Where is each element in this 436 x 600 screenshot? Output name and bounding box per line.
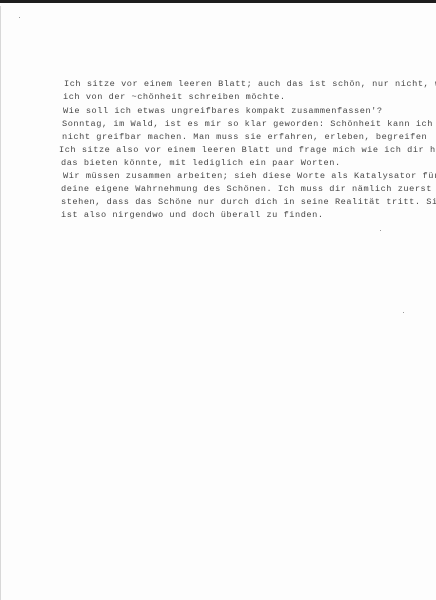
text-line-7: das bieten könnte, mit lediglich ein paa… — [61, 158, 341, 168]
text-line-9: deine eigene Wahrnehmung des Schönen. Ic… — [61, 184, 436, 194]
text-line-2: ich von der ~chönheit schreiben möchte. — [63, 92, 286, 102]
text-line-11: ist also nirgendwo und doch überall zu f… — [61, 210, 324, 220]
text-line-8: Wir müssen zusammen arbeiten; sieh diese… — [63, 171, 436, 181]
text-line-10: stehen, dass das Schöne nur durch dich i… — [61, 197, 436, 207]
paper-page: Ich sitze vor einem leeren Blatt; auch d… — [0, 3, 436, 600]
text-line-5: nicht greifbar machen. Man muss sie erfa… — [62, 132, 427, 142]
paper-speck — [380, 230, 381, 231]
text-line-3: Wie soll ich etwas ungreifbares kompakt … — [63, 106, 383, 116]
paper-speck — [19, 17, 20, 18]
text-line-1: Ich sitze vor einem leeren Blatt; auch d… — [64, 79, 436, 89]
page-left-edge — [0, 6, 1, 600]
paper-speck — [403, 312, 404, 313]
text-line-4: Sonntag, im Wald, ist es mir so klar gew… — [62, 119, 433, 129]
text-line-6: Ich sitze also vor einem leeren Blatt un… — [59, 145, 436, 155]
